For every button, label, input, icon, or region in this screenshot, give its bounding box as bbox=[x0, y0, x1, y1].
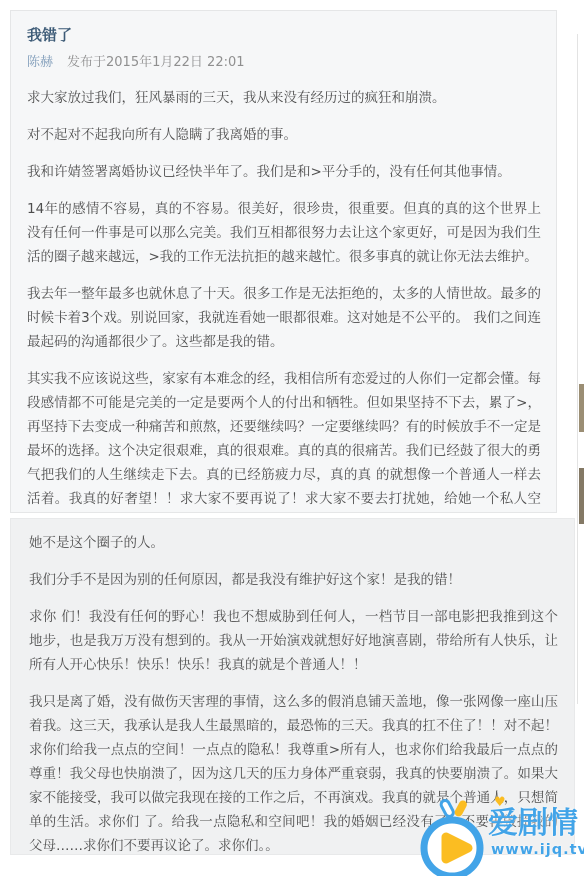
post-paragraph: 14年的感情不容易，真的不容易。很美好，很珍贵，很重要。但真的真的这个世界上没有… bbox=[27, 197, 541, 269]
page-edge-divider bbox=[577, 34, 578, 704]
post-paragraph: 对不起对不起我向所有人隐瞒了我离婚的事。 bbox=[27, 123, 541, 147]
post-paragraph: 我和许婧签署离婚协议已经快半年了。我们是和>平分手的，没有任何其他事情。 bbox=[27, 160, 541, 184]
author-link[interactable]: 陈赫 bbox=[27, 55, 53, 70]
post-paragraph: 其实我不应该说这些，家家有本难念的经，我相信所有恋爱过的人你们一定都会懂。每段感… bbox=[27, 367, 541, 513]
site-watermark: ♥ 爱剧情 www.ijq.tv bbox=[418, 792, 582, 876]
page-edge-artifact bbox=[579, 468, 584, 524]
post-paragraph: 求你 们！我没有任何的野心！我也不想威胁到任何人，一档节目一部电影把我推到这个地… bbox=[29, 605, 558, 677]
post-title: 我错了 bbox=[27, 25, 541, 45]
watermark-site-name: 爱剧情 bbox=[488, 808, 578, 840]
post-body: 求大家放过我们，狂风暴雨的三天，我从来没有经历过的疯狂和崩溃。 对不起对不起我向… bbox=[27, 86, 541, 513]
post-meta: 陈赫发布于2015年1月22日 22:01 bbox=[27, 54, 541, 71]
watermark-site-url: www.ijq.tv bbox=[491, 842, 584, 858]
post-paragraph: 求大家放过我们，狂风暴雨的三天，我从来没有经历过的疯狂和崩溃。 bbox=[27, 86, 541, 110]
post-paragraph: 她不是这个圈子的人。 bbox=[29, 531, 558, 555]
post-card: 我错了 陈赫发布于2015年1月22日 22:01 求大家放过我们，狂风暴雨的三… bbox=[10, 10, 557, 513]
tv-play-icon bbox=[418, 798, 488, 876]
post-paragraph: 我们分手不是因为别的任何原因，都是我没有维护好这个家！是我的错！ bbox=[29, 568, 558, 592]
page-edge-artifact bbox=[579, 384, 584, 432]
post-paragraph: 我去年一整年最多也就休息了十天。很多工作是无法拒绝的，太多的人情世故。最多的时候… bbox=[27, 282, 541, 354]
publish-date: 发布于2015年1月22日 22:01 bbox=[67, 55, 245, 70]
